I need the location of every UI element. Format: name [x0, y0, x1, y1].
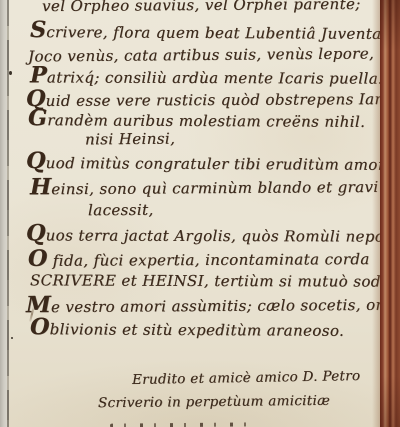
manuscript-line: nisi Heinsi,	[85, 129, 175, 150]
ink-speck	[11, 337, 13, 339]
page-left-edge	[0, 0, 7, 427]
manuscript-line: Grandèm auribus molestiam creëns nihil.	[28, 108, 365, 132]
manuscript-line: Joco venùs, cata artibus suis, venùs lep…	[28, 43, 374, 66]
manuscript-line: Scrivere, flora quem beat Lubentiâ Juven…	[30, 20, 395, 44]
dedication-line: Erudito et amicè amico D. Petro	[132, 366, 361, 390]
manuscript-line: Heinsi, sono quì carminùm blando et grav…	[30, 175, 400, 200]
gutter-shadow	[372, 0, 380, 427]
manuscript-line: SCRIVERE et HEINSI, tertiùm si mutuò sod…	[30, 270, 400, 291]
manuscript-line: Quos terra jactat Argolis, quòs Romùli n…	[26, 223, 400, 246]
manuscript-line: Quod imitùs congratuler tibi eruditùm am…	[26, 151, 400, 175]
dedication-line: Scriverio in perpetùum amicitiæ	[98, 391, 330, 413]
cutoff-line-fragment	[110, 422, 260, 427]
book-fore-edge	[380, 0, 400, 427]
manuscript-page: vel Orpheo suavius, vel Orphei parente; …	[0, 0, 400, 427]
manuscript-line: lacessit,	[88, 200, 154, 220]
manuscript-line: Oblivionis et sitù expeditùm araneoso.	[30, 317, 344, 341]
manuscript-line: Me vestro amori assùmitis; cælo socetis,…	[26, 293, 400, 318]
manuscript-line: vel Orpheo suavius, vel Orphei parente;	[42, 0, 361, 16]
ink-speck	[9, 71, 12, 75]
manuscript-line: Patrixq́; consiliù ardùa mente Icaris pu…	[30, 65, 384, 88]
manuscript-line: O fida, fùci expertia, incontaminata cor…	[28, 247, 370, 271]
page-left-edge-line	[7, 0, 9, 427]
